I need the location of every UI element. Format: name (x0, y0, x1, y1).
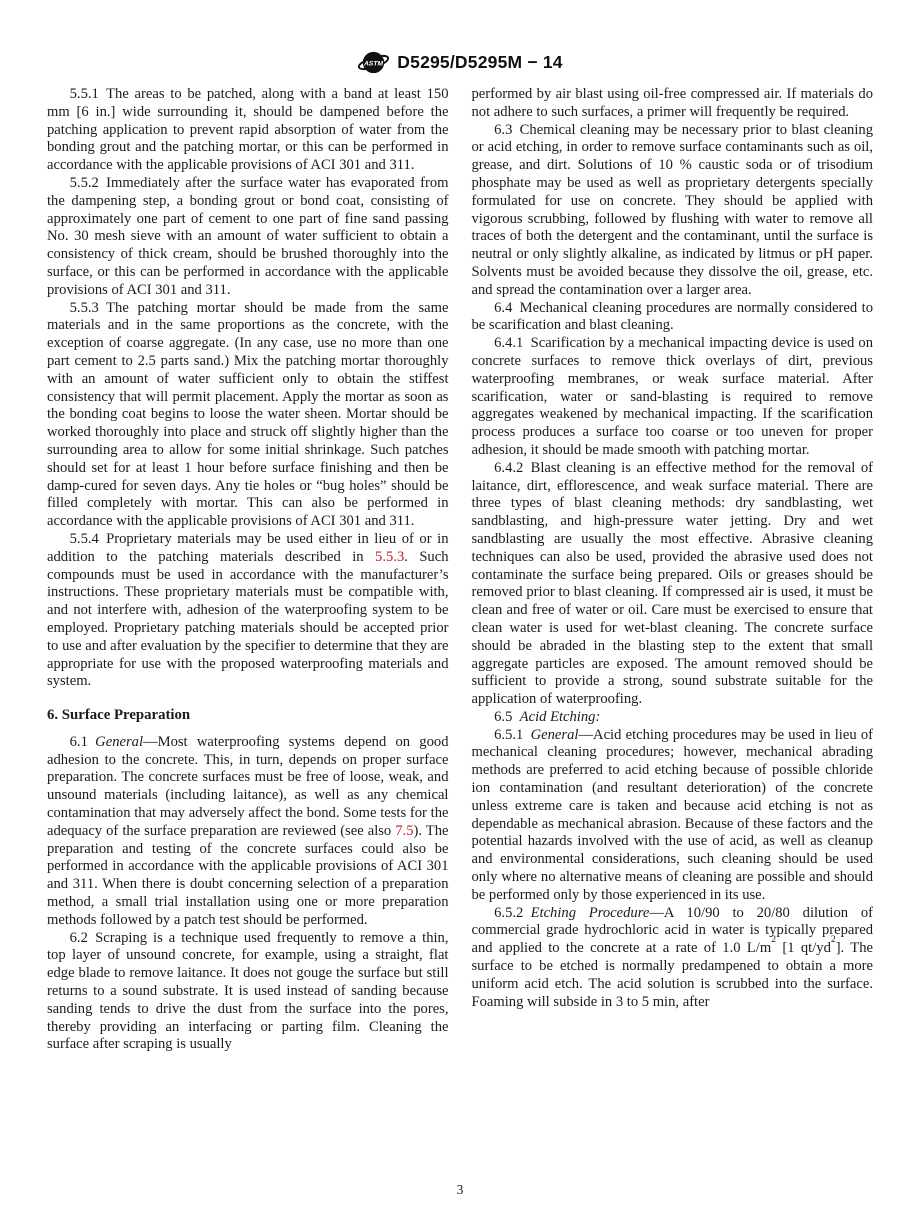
para-5-5-4: 5.5.4 Proprietary materials may be used … (47, 531, 449, 691)
astm-logo-text: ASTM (363, 60, 384, 67)
text-segment: 2 (831, 934, 836, 945)
para-5-5-3: 5.5.3 The patching mortar should be made… (47, 300, 449, 531)
document-designation: D5295/D5295M − 14 (397, 52, 562, 73)
text-segment: 6.2 Scraping is a technique used frequen… (47, 930, 449, 1053)
right-column: performed by air blast using oil-free co… (472, 86, 874, 1054)
text-segment: 6.4 Mechanical cleaning procedures are n… (472, 300, 874, 334)
para-5-5-2: 5.5.2 Immediately after the surface wate… (47, 175, 449, 300)
para-6-2-continuation: performed by air blast using oil-free co… (472, 86, 874, 122)
text-segment: 5.5.3 The patching mortar should be made… (47, 300, 449, 530)
text-segment: General (95, 734, 143, 750)
page-header: ASTM D5295/D5295M − 14 (0, 48, 920, 77)
para-6-4-2: 6.4.2 Blast cleaning is an effective met… (472, 460, 874, 709)
para-6-3: 6.3 Chemical cleaning may be necessary p… (472, 122, 874, 300)
astm-logo-icon: ASTM (357, 48, 390, 77)
section-ref-link[interactable]: 5.5.3 (375, 549, 404, 565)
text-segment: . Such compounds must be used in accorda… (47, 549, 449, 690)
heading-6-surface-preparation: 6. Surface Preparation (47, 707, 449, 725)
text-segment: performed by air blast using oil-free co… (472, 86, 874, 120)
text-segment: 6.5.2 (494, 905, 530, 921)
text-segment: 6.5.1 (494, 727, 530, 743)
text-segment: General (531, 727, 579, 743)
text-segment: 6.4.1 Scarification by a mechanical impa… (472, 335, 874, 458)
para-6-4-1: 6.4.1 Scarification by a mechanical impa… (472, 335, 874, 460)
para-6-5-1: 6.5.1 General—Acid etching procedures ma… (472, 727, 874, 905)
text-segment: [1 qt/yd (776, 940, 831, 956)
text-segment: 2 (771, 934, 776, 945)
text-segment: 6.3 Chemical cleaning may be necessary p… (472, 122, 874, 298)
text-segment: 5.5.1 The areas to be patched, along wit… (47, 86, 449, 173)
text-segment: 6.1 (70, 734, 96, 750)
para-5-5-1: 5.5.1 The areas to be patched, along wit… (47, 86, 449, 175)
para-6-2: 6.2 Scraping is a technique used frequen… (47, 930, 449, 1055)
para-6-1: 6.1 General—Most waterproofing systems d… (47, 734, 449, 930)
section-ref-link[interactable]: 7.5 (395, 823, 413, 839)
para-6-5: 6.5 Acid Etching: (472, 709, 874, 727)
text-segment: 6.4.2 Blast cleaning is an effective met… (472, 460, 874, 707)
document-body: 5.5.1 The areas to be patched, along wit… (47, 86, 873, 1054)
para-6-4: 6.4 Mechanical cleaning procedures are n… (472, 300, 874, 336)
page-number: 3 (0, 1182, 920, 1198)
para-6-5-2: 6.5.2 Etching Procedure—A 10/90 to 20/80… (472, 905, 874, 1012)
text-segment: Etching Procedure (531, 905, 650, 921)
text-segment: 5.5.2 Immediately after the surface wate… (47, 175, 449, 298)
text-segment: 6.5 (494, 709, 520, 725)
text-segment: —Acid etching procedures may be used in … (472, 727, 874, 903)
left-column: 5.5.1 The areas to be patched, along wit… (47, 86, 449, 1054)
text-segment: Acid Etching: (520, 709, 601, 725)
